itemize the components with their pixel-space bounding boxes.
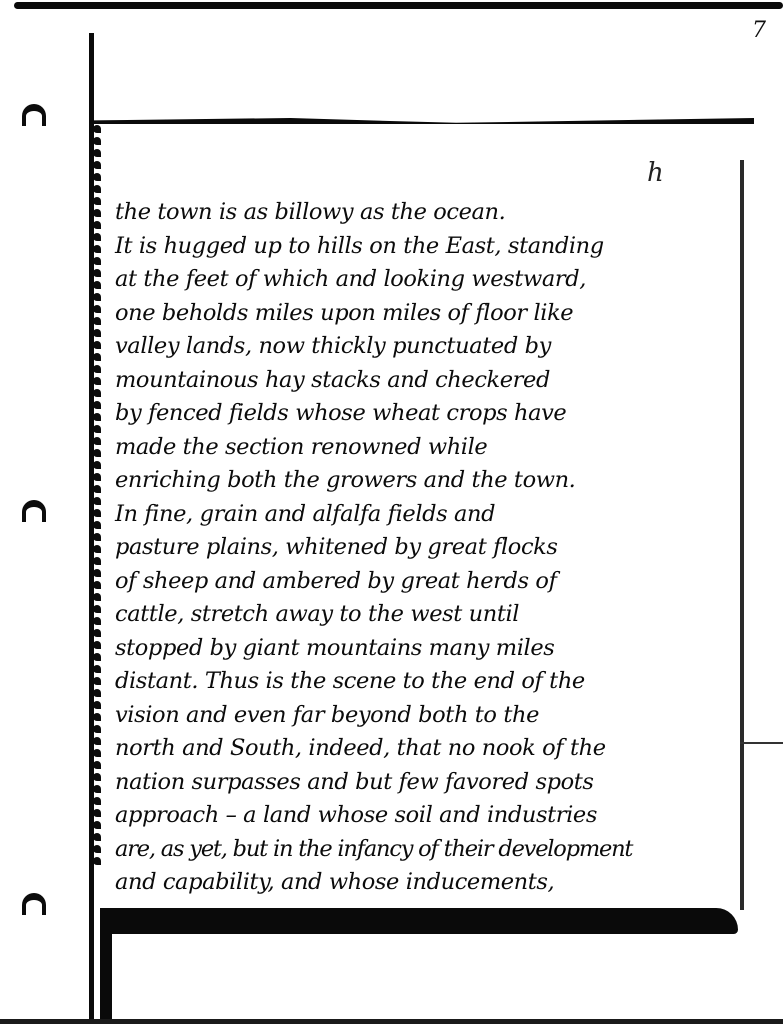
text-line: north and South, indeed, that no nook of… (115, 732, 740, 766)
spiral-coil (93, 233, 101, 241)
text-line: valley lands, now thickly punctuated by (115, 330, 740, 364)
spiral-coil (93, 125, 101, 133)
spiral-coil (93, 293, 101, 301)
spiral-coil (93, 665, 101, 673)
spiral-coil (93, 149, 101, 157)
spiral-coil (93, 161, 101, 169)
spiral-coil (93, 329, 101, 337)
text-line: pasture plains, whitened by great flocks (115, 531, 740, 565)
spiral-coil (93, 317, 101, 325)
spiral-coil (93, 845, 101, 853)
spiral-coil (93, 221, 101, 229)
spiral-coil (93, 725, 101, 733)
spiral-coil (93, 437, 101, 445)
spiral-coil (93, 581, 101, 589)
spiral-coil (93, 713, 101, 721)
text-line: In fine, grain and alfalfa fields and (115, 498, 740, 532)
spiral-coil (93, 389, 101, 397)
spiral-coil (93, 629, 101, 637)
spiral-binding-icon (93, 125, 105, 885)
spiral-coil (93, 449, 101, 457)
spiral-coil (93, 833, 101, 841)
spiral-coil (93, 257, 101, 265)
scan-top-border (14, 2, 783, 9)
spiral-coil (93, 209, 101, 217)
spiral-coil (93, 797, 101, 805)
notebook-top-edge (92, 118, 754, 124)
margin-tick-mark (740, 742, 783, 744)
text-line: one beholds miles upon miles of floor li… (115, 297, 740, 331)
notebook-bottom-edge (100, 908, 738, 934)
spiral-coil (93, 281, 101, 289)
text-line: mountainous hay stacks and checkered (115, 364, 740, 398)
handwritten-text: the town is as billowy as the ocean. It … (115, 196, 740, 900)
spiral-coil (93, 425, 101, 433)
spiral-coil (93, 401, 101, 409)
spiral-coil (93, 701, 101, 709)
page-number: 7 (752, 18, 766, 43)
text-line: at the feet of which and looking westwar… (115, 263, 740, 297)
spiral-coil (93, 785, 101, 793)
text-line: of sheep and ambered by great herds of (115, 565, 740, 599)
spiral-coil (93, 569, 101, 577)
text-line: It is hugged up to hills on the East, st… (115, 230, 740, 264)
punch-hole-icon (22, 893, 46, 915)
spiral-coil (93, 521, 101, 529)
spiral-coil (93, 377, 101, 385)
spiral-coil (93, 305, 101, 313)
notebook-lower-left-edge (100, 925, 112, 1020)
text-line: enriching both the growers and the town. (115, 464, 740, 498)
spiral-coil (93, 737, 101, 745)
spiral-coil (93, 185, 101, 193)
spiral-coil (93, 857, 101, 865)
spiral-coil (93, 773, 101, 781)
scan-bottom-border (0, 1019, 783, 1024)
spiral-coil (93, 545, 101, 553)
text-line: cattle, stretch away to the west until (115, 598, 740, 632)
text-line: nation surpasses and but few favored spo… (115, 766, 740, 800)
corner-mark: h (647, 158, 664, 188)
spiral-coil (93, 173, 101, 181)
text-line: and capability, and whose inducements, (115, 866, 740, 900)
spiral-coil (93, 413, 101, 421)
spiral-coil (93, 821, 101, 829)
text-line: approach – a land whose soil and industr… (115, 799, 740, 833)
text-line: are, as yet, but in the infancy of their… (115, 833, 740, 867)
text-line: distant. Thus is the scene to the end of… (115, 665, 740, 699)
spiral-coil (93, 677, 101, 685)
spiral-coil (93, 653, 101, 661)
text-line: vision and even far beyond both to the (115, 699, 740, 733)
spiral-coil (93, 137, 101, 145)
spiral-coil (93, 341, 101, 349)
notebook-right-edge (740, 160, 744, 910)
spiral-coil (93, 197, 101, 205)
spiral-coil (93, 353, 101, 361)
spiral-coil (93, 557, 101, 565)
spiral-coil (93, 593, 101, 601)
spiral-coil (93, 509, 101, 517)
spiral-coil (93, 269, 101, 277)
spiral-coil (93, 473, 101, 481)
spiral-coil (93, 461, 101, 469)
spiral-coil (93, 809, 101, 817)
spiral-coil (93, 641, 101, 649)
punch-hole-icon (22, 104, 46, 126)
spiral-coil (93, 533, 101, 541)
spiral-coil (93, 605, 101, 613)
text-line: by fenced fields whose wheat crops have (115, 397, 740, 431)
spiral-coil (93, 617, 101, 625)
text-line: the town is as billowy as the ocean. (115, 196, 740, 230)
spiral-coil (93, 485, 101, 493)
spiral-coil (93, 689, 101, 697)
spiral-coil (93, 497, 101, 505)
spiral-coil (93, 245, 101, 253)
text-line: stopped by giant mountains many miles (115, 632, 740, 666)
punch-hole-icon (22, 500, 46, 522)
text-line: made the section renowned while (115, 431, 740, 465)
spiral-coil (93, 365, 101, 373)
spiral-coil (93, 761, 101, 769)
spiral-coil (93, 749, 101, 757)
